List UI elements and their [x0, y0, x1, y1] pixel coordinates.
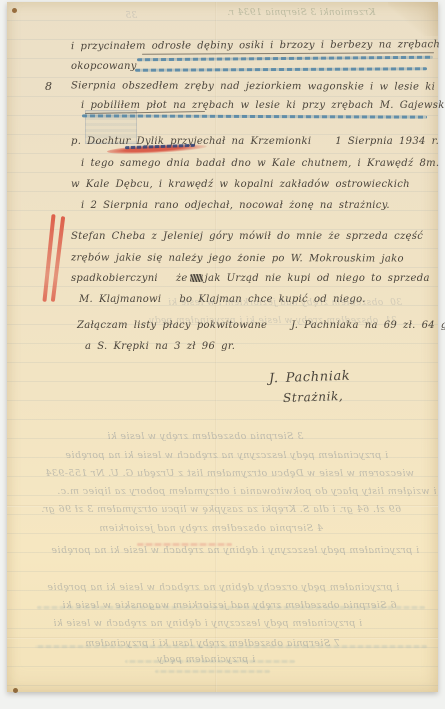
blue-crayon-underline	[137, 56, 433, 62]
bleedthrough-line: 3 Sierpnia obszedłem zręby w lesie ki	[107, 431, 303, 442]
bleedthrough-blue-streak	[125, 660, 295, 663]
bleedthrough-line: 69 zł. 64 gr. i dla S. Krępki za zasypkę…	[41, 504, 401, 515]
bleedthrough-number: 35	[125, 11, 137, 21]
handwritten-line: spadkobierczyni żejak Urząd nie kupi od …	[71, 273, 430, 284]
bleedthrough-line: i przycinałem pędy leszczyny na zrębach …	[65, 450, 388, 461]
bleedthrough-line: 4 Sierpnia obszedłem zręby nad jeziorkie…	[99, 523, 323, 534]
handwritten-line: Załączam listy płacy pokwitowane J. Pach…	[77, 320, 445, 331]
scanned-document-photo: Krzemionki 3 Sierpnia 1934 r. 35 i przyc…	[0, 0, 445, 709]
bleedthrough-line: wieczorem w lesie w Dębcu otrzymałem lis…	[45, 468, 414, 479]
bleedthrough-line: i przycinałem pędy leszczyny i dębiny na…	[53, 618, 362, 629]
corner-crease	[388, 2, 438, 36]
bleedthrough-date-line: Krzemionki 3 Sierpnia 1934 r.	[227, 8, 375, 18]
line-segment: spadkobierczyni że	[71, 273, 188, 284]
blue-crayon-underline	[135, 67, 427, 72]
signature-name: J. Pachniak	[269, 369, 351, 387]
handwritten-line: zrębów jakie się należy jego żonie po W.…	[71, 252, 404, 264]
bleedthrough-blue-streak	[35, 645, 427, 648]
bleedthrough-blue-streak	[37, 606, 425, 609]
handwritten-line: okopcowany	[71, 61, 137, 72]
handwritten-line: a S. Krępki na 3 zł 96 gr.	[85, 341, 235, 352]
scribbled-out-word	[190, 274, 203, 282]
line-segment: jak Urząd nie kupi od niego to sprzeda	[205, 273, 430, 284]
bleedthrough-line: i przycinałem pędy orzechy dębiny na zrę…	[47, 582, 399, 593]
handwritten-line: i przycinałem odrosłe dębiny osiki i brz…	[71, 39, 445, 52]
bleedthrough-blue-streak	[155, 670, 270, 673]
handwritten-line: i 2 Sierpnia rano odjechał, nocował żonę…	[81, 200, 390, 211]
bleedthrough-line: i przycinałem pędy leszczyny i dębiny na…	[51, 545, 419, 556]
bleedthrough-line: 30 obszedłem zręby nad jeziorkiem i w le…	[67, 298, 402, 308]
pen-underline	[142, 52, 434, 55]
handwritten-line: w Kale Dębcu, i krawędź w kopalni zakład…	[71, 179, 410, 190]
paper-stain-dot	[12, 8, 17, 13]
handwritten-line: i pobiliłem płot na zrębach w lesie ki p…	[81, 100, 445, 111]
paper-stain-dot	[13, 688, 18, 693]
bleedthrough-red-mark	[137, 543, 232, 546]
handwritten-line: i tego samego dnia badał dno w Kale chut…	[81, 158, 439, 169]
bleedthrough-line: i wziąłem listy płacy do pokwitowania i …	[57, 486, 437, 497]
paper-sheet: Krzemionki 3 Sierpnia 1934 r. 35 i przyc…	[7, 2, 438, 692]
handwritten-line: Sierpnia obszedłem zręby nad jeziorkiem …	[71, 80, 435, 92]
margin-day-number: 8	[45, 80, 52, 93]
handwritten-line: Stefan Cheba z Jeleniej góry mówił do mn…	[71, 231, 423, 242]
signature-title: Strażnik,	[283, 389, 344, 405]
